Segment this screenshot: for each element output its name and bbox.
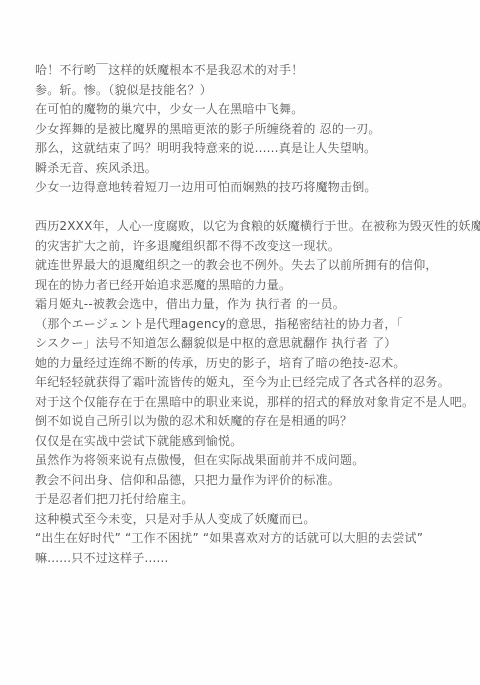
text-line: 虽然作为将领来说有点傲慢，但在实际战果面前并不成问题。 [35,451,464,471]
text-line: 对于这个仅能存在于在黑暗中的职业来说，那样的招式的释放对象肯定不是人吧。 [35,393,464,413]
text-line: 年纪轻轻就获得了霜叶流皆传的姬丸，至今为止已经完成了各式各样的忍务。 [35,373,464,393]
text-line: 就连世界最大的退魔组织之一的教会也不例外。失去了以前所拥有的信仰， [35,256,464,276]
text-line: 瞬杀无音、疾风杀迅。 [35,159,464,179]
text-line: 倒不如说自己所引以为傲的忍术和妖魔的存在是相通的吗？ [35,412,464,432]
document-page: 哈！不行哟￣这样的妖魔根本不是我忍术的对手！ 参。斩。惨。（貌似是技能名？） 在… [0,0,480,685]
text-line: （那个エージェント是代理agency的意思，指秘密结社的协力者，「 [35,315,464,335]
paragraph-scene: 哈！不行哟￣这样的妖魔根本不是我忍术的对手！ 参。斩。惨。（貌似是技能名？） 在… [35,61,464,198]
text-line: 霜月姬丸--被教会选中，借出力量，作为 执行者 的一员。 [35,295,464,315]
text-line: 少女挥舞的是被比魔界的黑暗更浓的影子所缠绕着的 忍的一刃。 [35,120,464,140]
text-line: 于是忍者们把刀托付给雇主。 [35,490,464,510]
text-line: 现在的协力者已经开始追求恶魔的黑暗的力量。 [35,276,464,296]
text-line: 参。斩。惨。（貌似是技能名？） [35,81,464,101]
text-line: 少女一边得意地转着短刀一边用可怕而娴熟的技巧将魔物击倒。 [35,178,464,198]
paragraph-narration: 西历2XXX年，人心一度腐败，以它为食粮的妖魔横行于世。在被称为毁灭性的妖魔 的… [35,217,464,568]
text-line: 她的力量经过连绵不断的传承，历史的影子，培育了暗の绝技-忍术。 [35,354,464,374]
text-line: 的灾害扩大之前，许多退魔组织都不得不改变这一现状。 [35,237,464,257]
text-line: 嘛......只不过这样子...... [35,549,464,569]
text-line: シスクー」法号不知道怎么翻貌似是中枢的意思就翻作 执行者 了） [35,334,464,354]
text-line: “出生在好时代” “工作不困扰” “如果喜欢对方的话就可以大胆的去尝试” [35,529,464,549]
text-line: 教会不问出身、信仰和品德，只把力量作为评价的标准。 [35,471,464,491]
text-line: 那么，这就结束了吗？明明我特意来的说......真是让人失望呐。 [35,139,464,159]
text-line: 哈！不行哟￣这样的妖魔根本不是我忍术的对手！ [35,61,464,81]
text-line: 这种模式至今未变，只是对手从人变成了妖魔而已。 [35,510,464,530]
text-line: 在可怕的魔物的巢穴中，少女一人在黑暗中飞舞。 [35,100,464,120]
text-line: 西历2XXX年，人心一度腐败，以它为食粮的妖魔横行于世。在被称为毁灭性的妖魔 [35,217,464,237]
text-line: 仅仅是在实战中尝试下就能感到愉悦。 [35,432,464,452]
